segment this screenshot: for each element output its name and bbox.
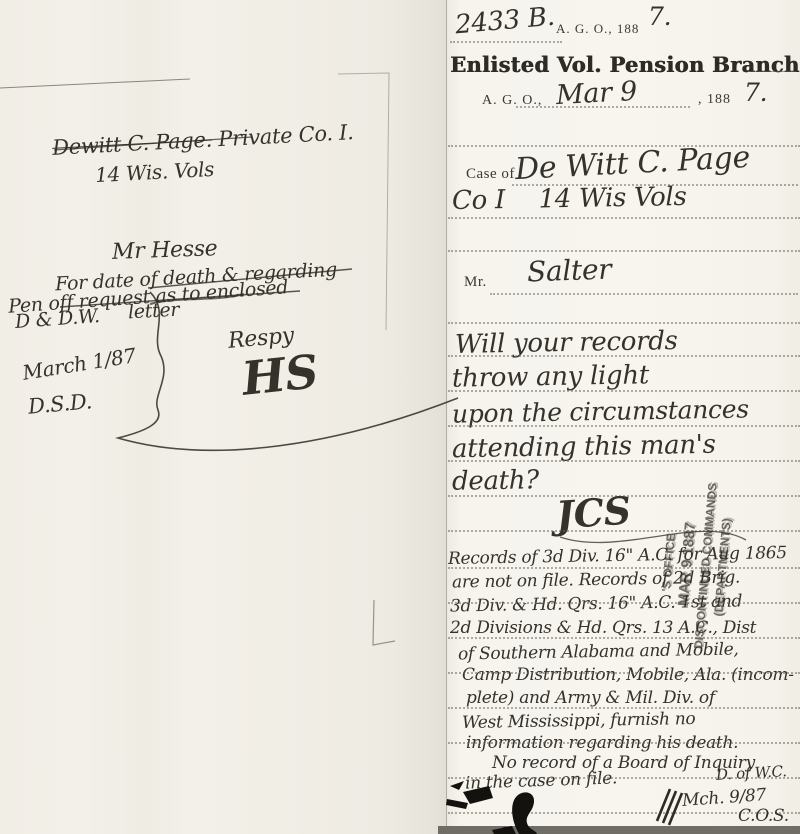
form-ref-year-suffix: 7. [648,2,671,31]
addressee-underline [490,293,798,295]
records-line: 2d Divisions & Hd. Qrs. 13 A.C., Dist [450,618,756,638]
form-title: Enlisted Vol. Pension Branch, [450,52,750,77]
title-trailing-line [748,71,796,72]
records-line: plete) and Army & Mil. Div. of [466,688,715,708]
closing-dept: D. of W.C. [716,762,788,784]
ruled-line [448,425,800,427]
note-signature: HS [239,344,320,406]
ruled-line [448,322,800,324]
closing-initials: C.O.S. [738,806,789,826]
scan-bottom-edge [438,826,800,834]
ruled-line [448,390,800,392]
date-underline [516,106,690,108]
ruled-line [448,742,800,744]
ruled-line [448,637,800,639]
addressee-name: Salter [526,253,611,289]
case-label: Case of [466,166,515,183]
form-date-year-suffix: 7. [744,78,767,107]
addressee-label: Mr. [464,274,487,291]
ruled-line [448,250,800,252]
ruled-line [448,707,800,709]
scanned-pension-document: Dewitt C. Page. Private Co. I. 14 Wis. V… [0,0,800,834]
ruled-line [448,217,800,219]
ruled-line [450,41,562,43]
form-date-printed: , 188 [698,92,731,108]
records-line: West Mississippi, furnish no [462,709,696,733]
records-line: Camp Distribution, Mobile, Ala. (incom- [462,665,794,685]
body-line: upon the circumstances [452,394,749,428]
ruled-line [448,602,800,604]
left-note-page [0,0,446,834]
note-line-3-label: letter [127,299,179,324]
ruled-line [448,355,800,357]
body-line: throw any light [452,360,649,393]
form-ref-printed: A. G. O., 188 [556,21,639,37]
note-salutation: Mr Hesse [112,236,218,265]
body-line: death? [452,465,539,497]
case-unit: Co I 14 Wis Vols [452,182,687,216]
ruled-line [448,672,800,674]
